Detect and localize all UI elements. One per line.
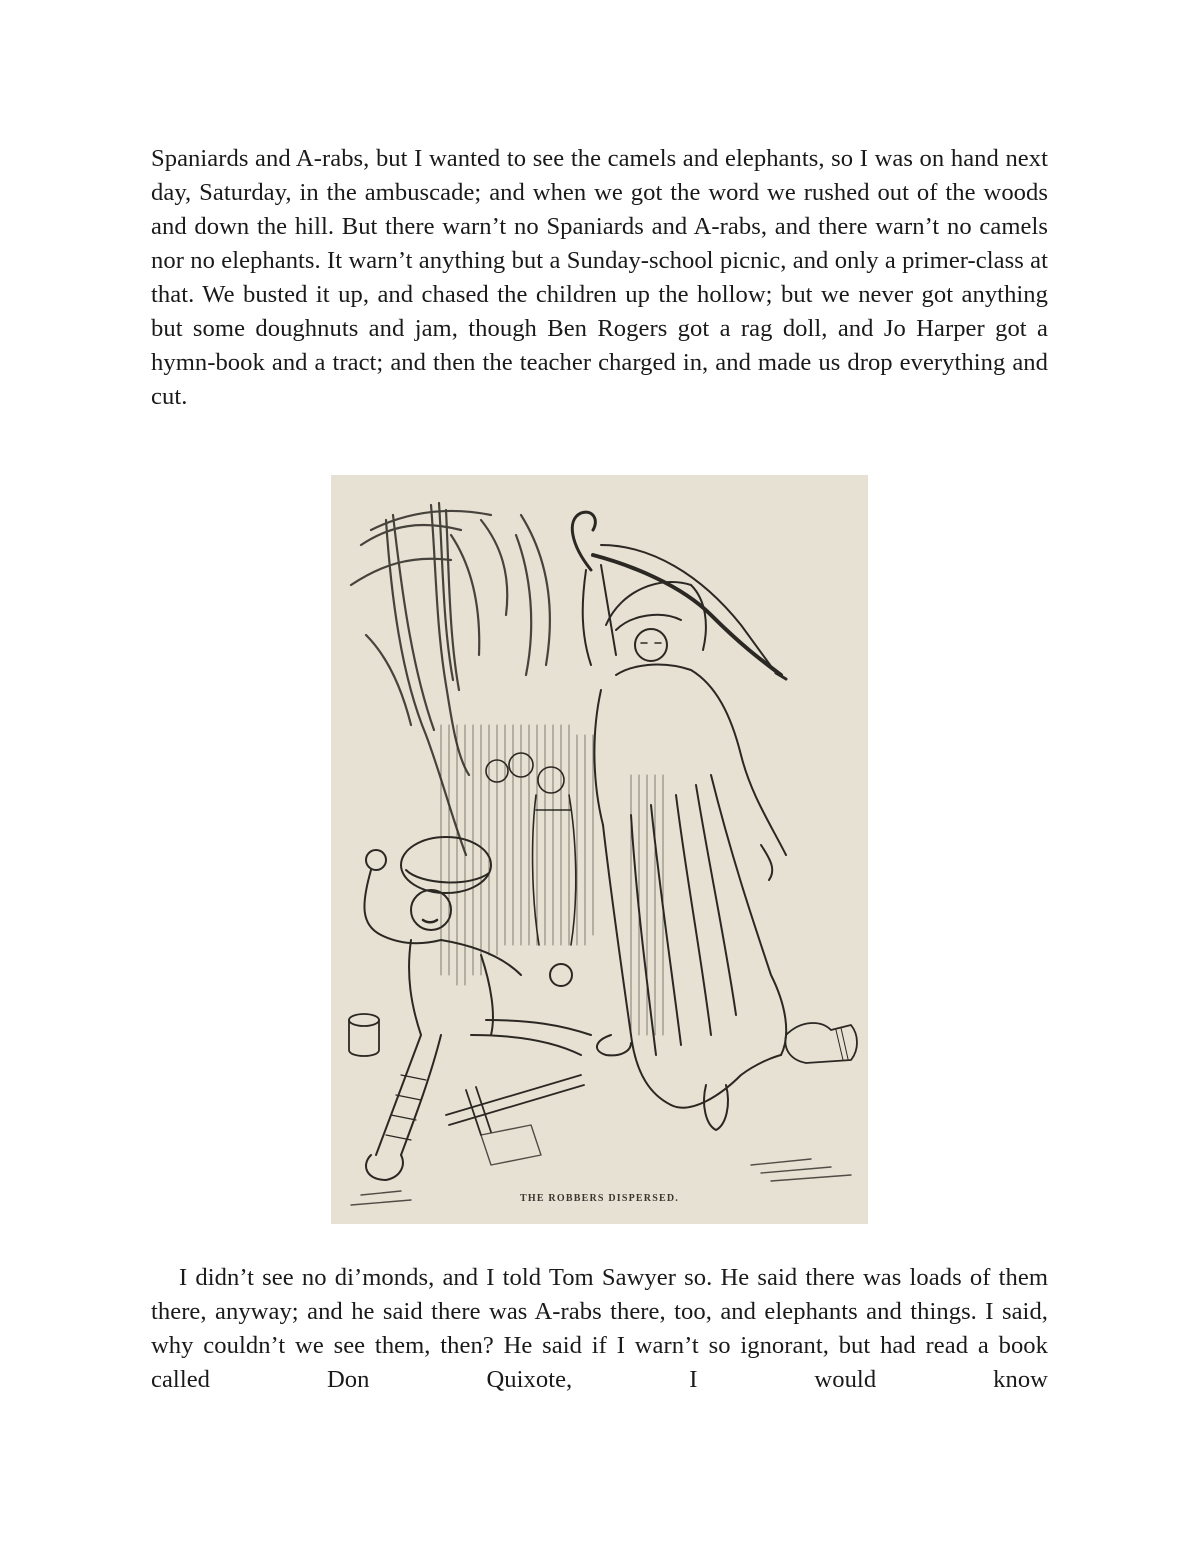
cross-icon [446,1075,584,1135]
book-page: Spaniards and A-rabs, but I wanted to se… [0,0,1200,1552]
illustration-robbers-dispersed: THE ROBBERS DISPERSED. [331,475,868,1224]
shoe-icon [785,1023,857,1063]
boy-figure [364,837,591,1180]
engraving-image [331,475,868,1224]
tree-icon [351,503,550,855]
paragraph-bottom: I didn’t see no di’monds, and I told Tom… [151,1261,1048,1397]
paragraph-top: Spaniards and A-rabs, but I wanted to se… [151,142,1048,414]
teacher-figure [572,512,786,1130]
children-group [486,753,576,945]
jam-jar-icon [349,1014,379,1056]
illustration-caption: THE ROBBERS DISPERSED. [331,1193,868,1204]
